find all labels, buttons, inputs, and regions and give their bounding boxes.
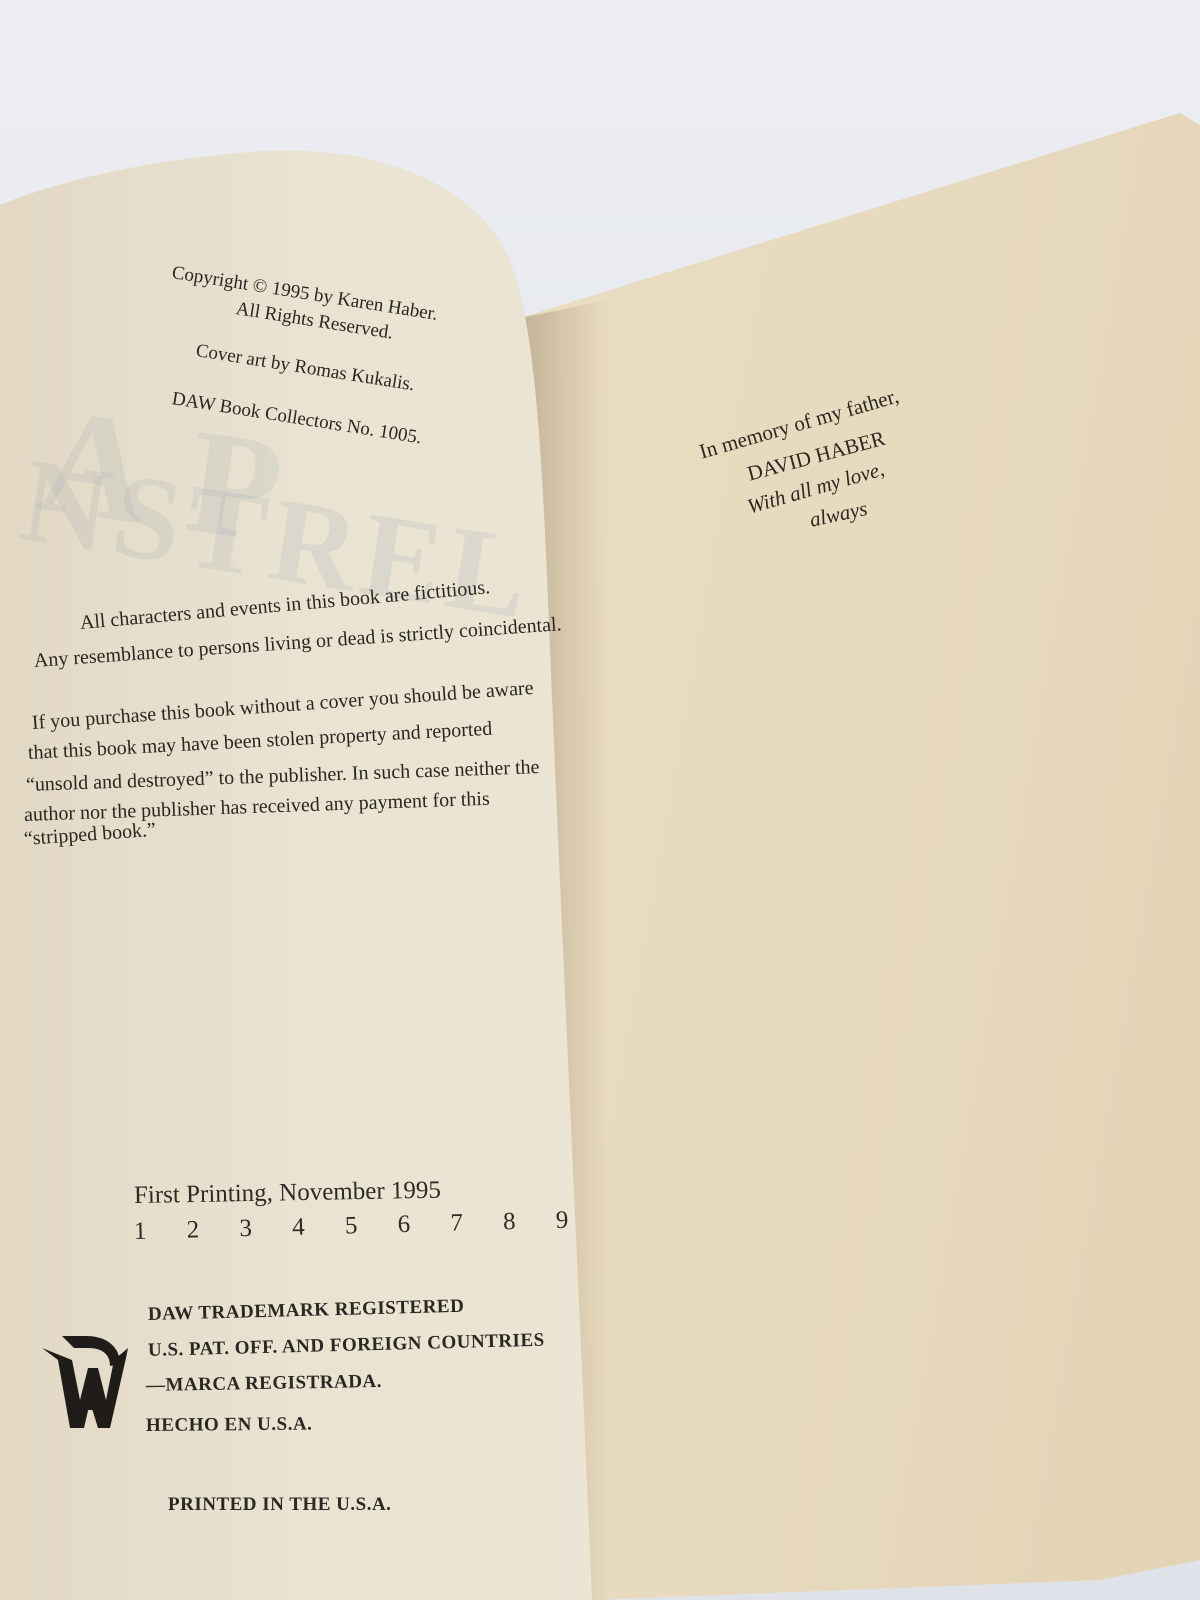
- first-printing: First Printing, November 1995: [134, 1177, 441, 1210]
- printed-in-line: PRINTED IN THE U.S.A.: [168, 1494, 391, 1516]
- photo-scene: In memory of my father, DAVID HABER With…: [0, 0, 1200, 1600]
- trademark-line-3: —MARCA REGISTRADA.: [146, 1371, 382, 1397]
- trademark-line-4: HECHO EN U.S.A.: [146, 1414, 313, 1437]
- daw-logo-icon: [40, 1330, 130, 1430]
